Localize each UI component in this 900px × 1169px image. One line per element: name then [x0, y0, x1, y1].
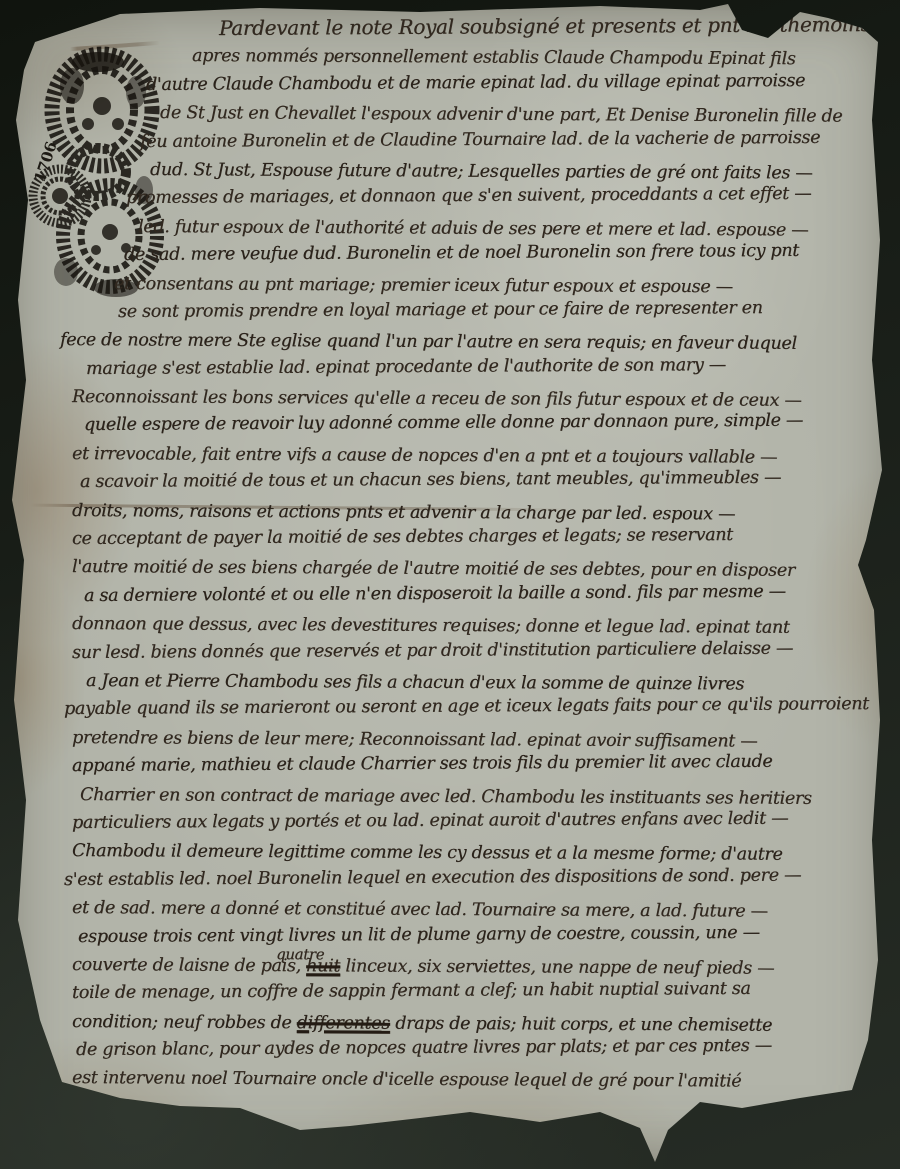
manuscript-text: appané marie, mathieu et claude Charrier… — [72, 752, 773, 776]
manuscript-line: mariage s'est establie lad. epinat proce… — [86, 350, 880, 383]
manuscript-text: espouse trois cent vingt livres un lit d… — [78, 922, 760, 946]
manuscript-text: toile de menage, un coffre de sappin fer… — [72, 979, 751, 1003]
manuscript-text: a scavoir la moitié de tous et un chacun… — [80, 468, 781, 492]
manuscript-line: toile de menage, un coffre de sappin fer… — [72, 974, 880, 1007]
manuscript-line: se sont promis prendre en loyal mariage … — [118, 293, 880, 326]
manuscript-line: sur lesd. biens donnés que reservés et p… — [72, 634, 880, 667]
manuscript-text: payable quand ils se marieront ou seront… — [64, 694, 869, 719]
manuscript-text: ce acceptant de payer la moitié de ses d… — [72, 525, 733, 549]
manuscript-lines: Pardevant le note Royal soubsigné et pre… — [34, 14, 880, 1093]
manuscript-text: est intervenu noel Tournaire oncle d'ice… — [72, 1068, 741, 1092]
manuscript-text: a sa derniere volonté et ou elle n'en di… — [84, 582, 786, 606]
manuscript-text: feu antoine Buronelin et de Claudine Tou… — [140, 127, 820, 151]
manuscript-line: promesses de mariages, et donnaon que s'… — [126, 180, 880, 213]
manuscript-line: appané marie, mathieu et claude Charrier… — [72, 747, 880, 780]
manuscript-line: a scavoir la moitié de tous et un chacun… — [80, 463, 880, 496]
manuscript-paper: 1706 Pardevant le note Royal soubsigné e… — [0, 0, 900, 1169]
manuscript-text: apres nommés personnellement establis Cl… — [192, 46, 796, 69]
manuscript-line: espouse trois cent vingt livres un lit d… — [78, 918, 880, 951]
manuscript-text: promesses de mariages, et donnaon que s'… — [126, 184, 812, 208]
manuscript-line: Pardevant le note Royal soubsigné et pre… — [219, 10, 880, 42]
manuscript-text: et de sad. mere a donné et constitué ave… — [72, 898, 768, 922]
manuscript-text: mariage s'est establie lad. epinat proce… — [86, 355, 726, 379]
manuscript-line: feu antoine Buronelin et de Claudine Tou… — [140, 123, 880, 156]
manuscript-text: sur lesd. biens donnés que reservés et p… — [72, 638, 793, 662]
manuscript-text: s'est establis led. noel Buronelin leque… — [64, 865, 801, 890]
manuscript-line: ce acceptant de payer la moitié de ses d… — [72, 520, 880, 553]
manuscript-line: payable quand ils se marieront ou seront… — [64, 690, 880, 723]
manuscript-text: condition; neuf robbes de — [72, 1012, 297, 1033]
manuscript-text: de sad. mere veufue dud. Buronelin et de… — [124, 241, 799, 265]
manuscript-word-strike: differentes — [297, 1013, 390, 1033]
manuscript-line: d'autre Claude Chambodu et de marie epin… — [146, 66, 880, 99]
manuscript-line: s'est establis led. noel Buronelin leque… — [64, 861, 880, 894]
manuscript-text: se sont promis prendre en loyal mariage … — [118, 298, 763, 322]
manuscript-text: de grison blanc, pour aydes de nopces qu… — [76, 1036, 772, 1060]
manuscript-text: quelle espere de reavoir luy adonné comm… — [84, 411, 803, 435]
photo-background: 1706 Pardevant le note Royal soubsigné e… — [0, 0, 900, 1169]
manuscript-text: et consentans au pnt mariage; premier ic… — [114, 274, 733, 297]
manuscript-text: de St Just en Chevallet l'espoux advenir… — [160, 103, 843, 127]
manuscript-text: d'autre Claude Chambodu et de marie epin… — [146, 71, 805, 95]
manuscript-line: particuliers aux legats y portés et ou l… — [72, 804, 880, 837]
manuscript-line: quelle espere de reavoir luy adonné comm… — [84, 407, 880, 440]
manuscript-text: Pardevant le note Royal soubsigné et pre… — [219, 12, 871, 40]
manuscript-line: a sa derniere volonté et ou elle n'en di… — [84, 577, 880, 610]
manuscript-line: de sad. mere veufue dud. Buronelin et de… — [124, 237, 880, 270]
manuscript-text: couverte de laisne de pais, — [72, 955, 306, 976]
manuscript-line: est intervenu noel Tournaire oncle d'ice… — [72, 1064, 880, 1097]
manuscript-line: de grison blanc, pour aydes de nopces qu… — [76, 1031, 880, 1064]
manuscript-text: particuliers aux legats y portés et ou l… — [72, 809, 788, 833]
